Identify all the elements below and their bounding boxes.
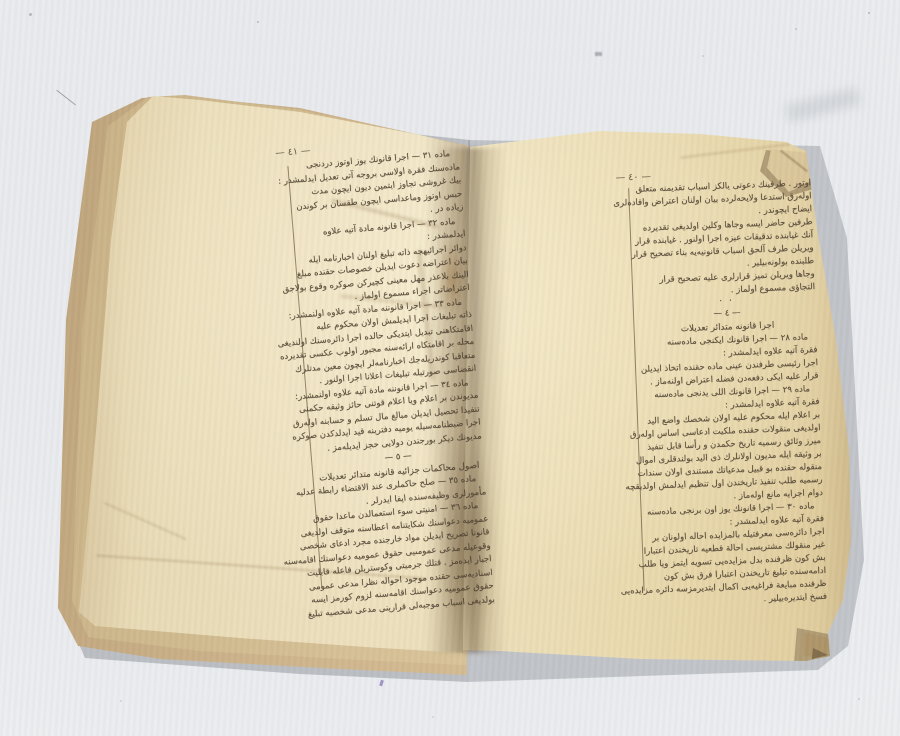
ink-speck xyxy=(379,680,384,687)
surface-speck xyxy=(868,12,870,14)
right-page-lines: اوتور . طرفينك دعوتى يالكز اسباب تقديمنه… xyxy=(633,177,827,611)
faint-pencil-mark xyxy=(595,52,602,56)
surface-speck xyxy=(432,716,434,718)
surface-speck xyxy=(257,21,259,23)
surface-speck xyxy=(120,700,122,702)
surface-speck xyxy=(858,698,860,700)
right-page-text-block: — ٤٠ — اوتور . طرفينك دعوتى يالكز اسباب … xyxy=(633,177,827,611)
table-surface: — ٤١ — ماده ٣١ — اجرا قانونك يوز اوتوز د… xyxy=(0,0,900,736)
surface-speck xyxy=(29,13,32,16)
surface-smudge xyxy=(785,87,861,122)
surface-scratch-mark xyxy=(56,90,76,106)
left-page-number: — ٤١ — xyxy=(275,144,311,160)
surface-speck xyxy=(795,28,797,30)
surface-speck xyxy=(702,55,704,57)
